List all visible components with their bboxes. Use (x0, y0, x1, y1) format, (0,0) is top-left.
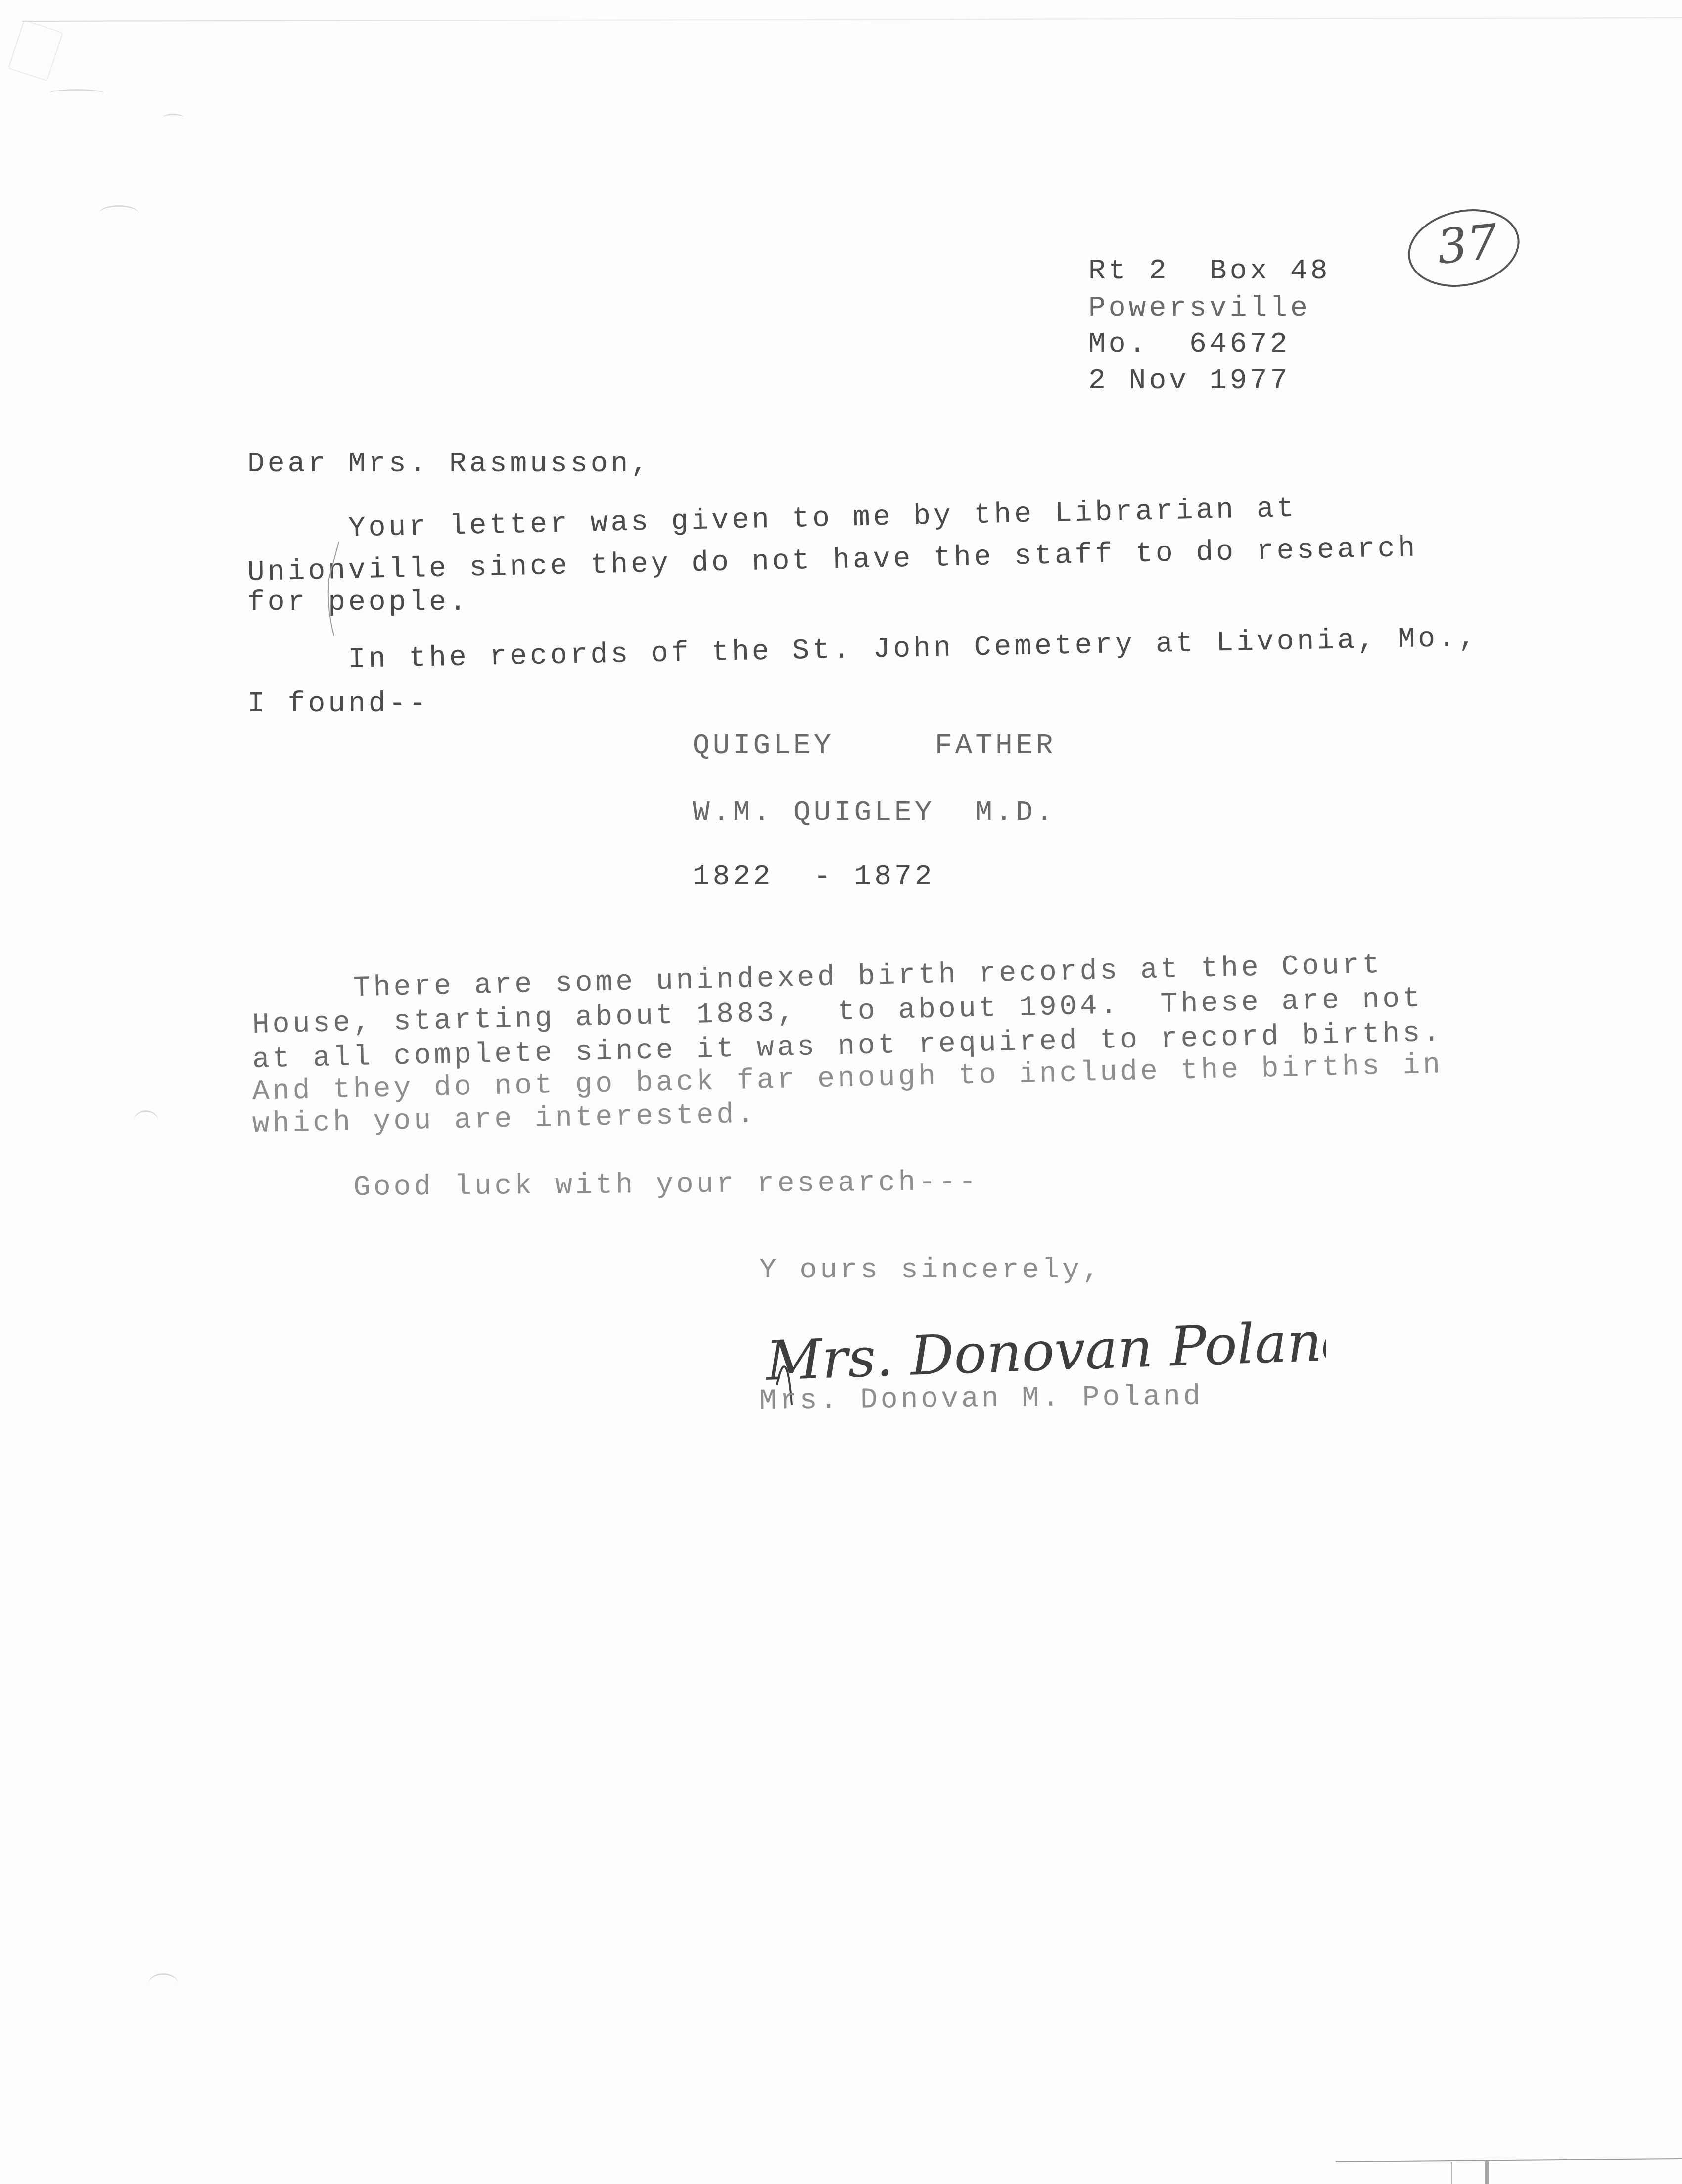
paper-smudge (49, 89, 104, 97)
paragraph-1-line-3: for people. (247, 589, 469, 617)
binder-clip-mark (1485, 2161, 1489, 2184)
closing-line: Good luck with your research--- (252, 1168, 979, 1203)
address-line-1: Rt 2 Box 48 (1088, 257, 1331, 286)
paper-smudge (99, 205, 139, 222)
paper-smudge (148, 1973, 178, 1995)
record-line-2: W.M. QUIGLEY M.D. (693, 799, 1056, 827)
pen-stroke-mark (324, 539, 344, 638)
paragraph-2-line-2: I found-- (247, 690, 429, 719)
binder-clip-mark (1451, 2162, 1452, 2184)
typed-signature: Mrs. Donovan M. Poland (759, 1383, 1204, 1416)
letter-date: 2 Nov 1977 (1088, 367, 1290, 396)
complimentary-close: Y ours sincerely, (759, 1256, 1103, 1285)
tape-mark (8, 20, 63, 82)
scanned-letter-page: 37 Rt 2 Box 48 Powersville Mo. 64672 2 N… (0, 0, 1682, 2184)
paragraph-2-line-1: In the records of the St. John Cemetery … (247, 624, 1479, 677)
address-line-2: Powersville (1088, 294, 1310, 323)
record-line-1: QUIGLEY FATHER (693, 732, 1056, 761)
paper-smudge (163, 114, 183, 120)
salutation: Dear Mrs. Rasmusson, (247, 450, 651, 479)
record-line-3: 1822 - 1872 (693, 863, 935, 892)
scan-top-edge (22, 17, 1682, 22)
signature-text: Mrs. Donovan Poland (764, 1311, 1326, 1393)
paper-smudge (134, 1110, 158, 1132)
paragraph-3-line-5: which you are interested. (252, 1100, 757, 1139)
scan-bottom-edge (1336, 2158, 1682, 2162)
page-number-annotation: 37 (1434, 214, 1500, 275)
address-line-3: Mo. 64672 (1088, 330, 1290, 359)
